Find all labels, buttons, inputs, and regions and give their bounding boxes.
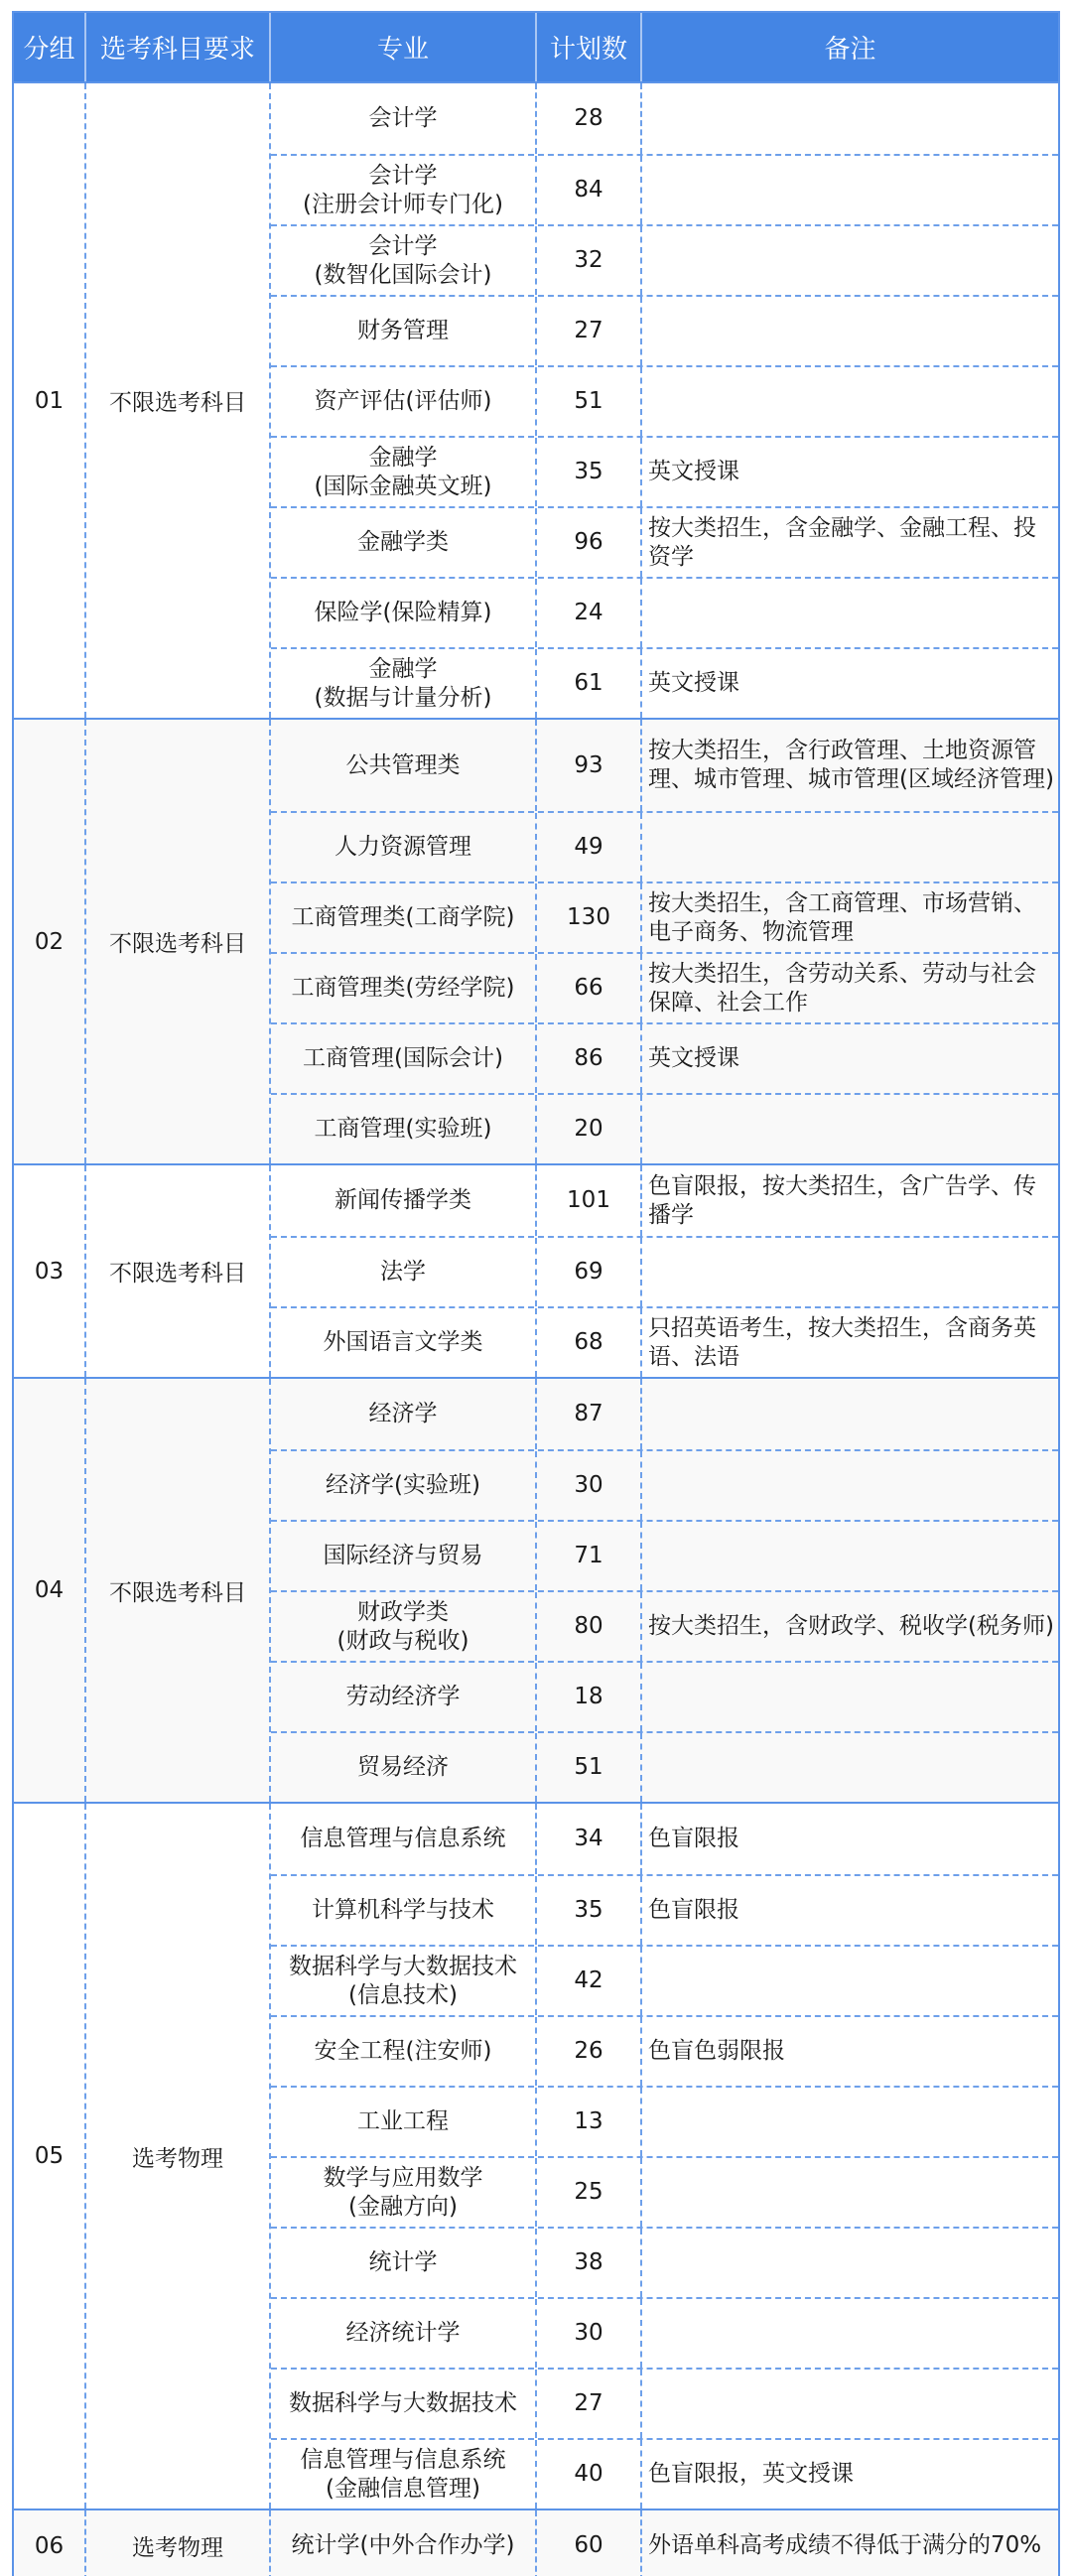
major-name: 会计学 <box>369 162 438 191</box>
note-cell: 英文授课 <box>642 649 1058 718</box>
plan-count: 42 <box>537 1947 642 2015</box>
plan-count: 66 <box>537 954 642 1022</box>
major-cell: 劳动经济学 <box>271 1663 537 1731</box>
plan-count: 24 <box>537 579 642 647</box>
table-row: 计算机科学与技术35色盲限报 <box>271 1874 1058 1945</box>
major-name: 信息管理与信息系统 <box>301 1825 506 1853</box>
major-name: 工商管理类(劳经学院) <box>292 974 515 1003</box>
table-row: 安全工程(注安师)26色盲色弱限报 <box>271 2015 1058 2086</box>
group-rows: 公共管理类93按大类招生，含行政管理、土地资源管理、城市管理、城市管理(区域经济… <box>271 720 1058 1163</box>
table-row: 会计学28 <box>271 83 1058 154</box>
plan-count: 68 <box>537 1308 642 1377</box>
table-row: 统计学38 <box>271 2227 1058 2297</box>
group-requirement: 不限选考科目 <box>86 83 271 718</box>
plan-count: 30 <box>537 1451 642 1520</box>
major-subtitle: (财政与税收) <box>337 1627 469 1656</box>
group-05: 05选考物理信息管理与信息系统34色盲限报计算机科学与技术35色盲限报数据科学与… <box>14 1802 1058 2508</box>
major-cell: 经济统计学 <box>271 2299 537 2368</box>
major-name: 经济统计学 <box>346 2319 461 2348</box>
major-name: 计算机科学与技术 <box>312 1896 494 1925</box>
group-rows: 信息管理与信息系统34色盲限报计算机科学与技术35色盲限报数据科学与大数据技术(… <box>271 1804 1058 2508</box>
table-row: 经济统计学30 <box>271 2297 1058 2368</box>
plan-count: 35 <box>537 1876 642 1945</box>
plan-count: 13 <box>537 2088 642 2156</box>
major-cell: 工业工程 <box>271 2088 537 2156</box>
table-body: 01不限选考科目会计学28会计学(注册会计师专门化)84会计学(数智化国际会计)… <box>14 81 1058 2576</box>
plan-count: 61 <box>537 649 642 718</box>
group-requirement: 不限选考科目 <box>86 720 271 1163</box>
major-cell: 工商管理(国际会计) <box>271 1024 537 1093</box>
major-name: 金融学 <box>369 655 438 684</box>
note-cell <box>642 1947 1058 2015</box>
note-cell <box>642 156 1058 224</box>
plan-count: 87 <box>537 1379 642 1449</box>
group-06: 06选考物理统计学(中外合作办学)60外语单科高考成绩不得低于满分的70% <box>14 2508 1058 2576</box>
note-cell <box>642 1733 1058 1802</box>
note-cell <box>642 226 1058 295</box>
major-name: 经济学(实验班) <box>326 1471 480 1500</box>
note-cell: 英文授课 <box>642 1024 1058 1093</box>
group-id: 05 <box>14 1804 86 2508</box>
major-name: 工商管理(国际会计) <box>303 1044 503 1073</box>
group-rows: 统计学(中外合作办学)60外语单科高考成绩不得低于满分的70% <box>271 2510 1058 2576</box>
plan-count: 25 <box>537 2158 642 2227</box>
major-cell: 国际经济与贸易 <box>271 1522 537 1590</box>
group-01: 01不限选考科目会计学28会计学(注册会计师专门化)84会计学(数智化国际会计)… <box>14 81 1058 718</box>
note-cell: 按大类招生，含财政学、税收学(税务师) <box>642 1592 1058 1661</box>
plan-count: 101 <box>537 1165 642 1236</box>
plan-count: 96 <box>537 508 642 577</box>
major-cell: 信息管理与信息系统(金融信息管理) <box>271 2440 537 2508</box>
table-row: 金融学(数据与计量分析)61英文授课 <box>271 647 1058 718</box>
table-row: 保险学(保险精算)24 <box>271 577 1058 647</box>
group-id: 03 <box>14 1165 86 1377</box>
major-subtitle: (注册会计师专门化) <box>303 191 503 219</box>
table-row: 经济学(实验班)30 <box>271 1449 1058 1520</box>
group-04: 04不限选考科目经济学87经济学(实验班)30国际经济与贸易71财政学类(财政与… <box>14 1377 1058 1802</box>
note-cell <box>642 2229 1058 2297</box>
plan-count: 32 <box>537 226 642 295</box>
note-cell <box>642 2299 1058 2368</box>
table-row: 数学与应用数学(金融方向)25 <box>271 2156 1058 2227</box>
major-cell: 公共管理类 <box>271 720 537 811</box>
group-id: 01 <box>14 83 86 718</box>
major-name: 国际经济与贸易 <box>324 1542 483 1570</box>
enrollment-plan-table: 分组 选考科目要求 专业 计划数 备注 01不限选考科目会计学28会计学(注册会… <box>12 11 1060 2576</box>
major-name: 新闻传播学类 <box>335 1186 471 1215</box>
note-cell <box>642 367 1058 436</box>
major-name: 会计学 <box>369 104 438 133</box>
major-name: 会计学 <box>369 232 438 261</box>
plan-count: 20 <box>537 1095 642 1163</box>
major-subtitle: (金融信息管理) <box>326 2475 480 2504</box>
table-row: 贸易经济51 <box>271 1731 1058 1802</box>
note-cell <box>642 2158 1058 2227</box>
table-row: 会计学(数智化国际会计)32 <box>271 224 1058 295</box>
note-cell: 按大类招生，含行政管理、土地资源管理、城市管理、城市管理(区域经济管理) <box>642 720 1058 811</box>
table-row: 统计学(中外合作办学)60外语单科高考成绩不得低于满分的70% <box>271 2510 1058 2576</box>
note-cell <box>642 579 1058 647</box>
major-name: 经济学 <box>369 1400 438 1428</box>
header-requirement: 选考科目要求 <box>86 13 271 81</box>
major-name: 财务管理 <box>357 317 449 345</box>
major-cell: 经济学 <box>271 1379 537 1449</box>
major-cell: 财务管理 <box>271 297 537 365</box>
major-name: 财政学类 <box>357 1598 449 1627</box>
major-cell: 计算机科学与技术 <box>271 1876 537 1945</box>
plan-count: 51 <box>537 1733 642 1802</box>
note-cell: 色盲限报 <box>642 1876 1058 1945</box>
table-row: 劳动经济学18 <box>271 1661 1058 1731</box>
header-group: 分组 <box>14 13 86 81</box>
note-cell: 色盲色弱限报 <box>642 2017 1058 2086</box>
plan-count: 38 <box>537 2229 642 2297</box>
note-cell <box>642 1095 1058 1163</box>
note-cell: 色盲限报，英文授课 <box>642 2440 1058 2508</box>
note-cell <box>642 1238 1058 1306</box>
major-name: 金融学类 <box>357 528 449 557</box>
plan-count: 18 <box>537 1663 642 1731</box>
table-row: 数据科学与大数据技术(信息技术)42 <box>271 1945 1058 2015</box>
table-row: 工商管理(实验班)20 <box>271 1093 1058 1163</box>
major-subtitle: (数智化国际会计) <box>315 261 492 290</box>
major-subtitle: (国际金融英文班) <box>315 473 492 501</box>
note-cell <box>642 83 1058 154</box>
table-row: 工业工程13 <box>271 2086 1058 2156</box>
major-subtitle: (金融方向) <box>348 2193 458 2222</box>
table-row: 经济学87 <box>271 1379 1058 1449</box>
plan-count: 30 <box>537 2299 642 2368</box>
table-row: 工商管理(国际会计)86英文授课 <box>271 1022 1058 1093</box>
note-cell: 按大类招生，含金融学、金融工程、投资学 <box>642 508 1058 577</box>
major-name: 外国语言文学类 <box>324 1328 483 1357</box>
major-cell: 数学与应用数学(金融方向) <box>271 2158 537 2227</box>
major-cell: 工商管理类(工商学院) <box>271 883 537 952</box>
major-name: 公共管理类 <box>346 751 461 780</box>
major-cell: 统计学 <box>271 2229 537 2297</box>
note-cell: 英文授课 <box>642 438 1058 506</box>
note-cell <box>642 1663 1058 1731</box>
table-row: 国际经济与贸易71 <box>271 1520 1058 1590</box>
table-row: 财务管理27 <box>271 295 1058 365</box>
note-cell <box>642 297 1058 365</box>
header-note: 备注 <box>642 13 1058 81</box>
group-rows: 新闻传播学类101色盲限报，按大类招生，含广告学、传播学法学69外国语言文学类6… <box>271 1165 1058 1377</box>
major-cell: 资产评估(评估师) <box>271 367 537 436</box>
note-cell: 只招英语考生，按大类招生，含商务英语、法语 <box>642 1308 1058 1377</box>
plan-count: 93 <box>537 720 642 811</box>
plan-count: 49 <box>537 813 642 881</box>
plan-count: 28 <box>537 83 642 154</box>
plan-count: 69 <box>537 1238 642 1306</box>
plan-count: 26 <box>537 2017 642 2086</box>
major-cell: 安全工程(注安师) <box>271 2017 537 2086</box>
major-name: 金融学 <box>369 444 438 473</box>
table-row: 财政学类(财政与税收)80按大类招生，含财政学、税收学(税务师) <box>271 1590 1058 1661</box>
major-name: 安全工程(注安师) <box>315 2037 492 2066</box>
major-cell: 财政学类(财政与税收) <box>271 1592 537 1661</box>
group-id: 06 <box>14 2510 86 2576</box>
major-name: 劳动经济学 <box>346 1683 461 1711</box>
major-name: 统计学 <box>369 2248 438 2277</box>
table-row: 资产评估(评估师)51 <box>271 365 1058 436</box>
major-name: 工业工程 <box>357 2107 449 2136</box>
major-cell: 金融学(数据与计量分析) <box>271 649 537 718</box>
major-cell: 贸易经济 <box>271 1733 537 1802</box>
major-name: 数据科学与大数据技术 <box>289 1953 517 1981</box>
note-cell <box>642 813 1058 881</box>
group-requirement: 选考物理 <box>86 2510 271 2576</box>
major-cell: 会计学(数智化国际会计) <box>271 226 537 295</box>
group-02: 02不限选考科目公共管理类93按大类招生，含行政管理、土地资源管理、城市管理、城… <box>14 718 1058 1163</box>
group-requirement: 选考物理 <box>86 1804 271 2508</box>
major-name: 数据科学与大数据技术 <box>289 2389 517 2418</box>
major-cell: 法学 <box>271 1238 537 1306</box>
major-name: 保险学(保险精算) <box>315 599 492 627</box>
plan-count: 84 <box>537 156 642 224</box>
plan-count: 60 <box>537 2510 642 2576</box>
group-03: 03不限选考科目新闻传播学类101色盲限报，按大类招生，含广告学、传播学法学69… <box>14 1163 1058 1377</box>
table-row: 新闻传播学类101色盲限报，按大类招生，含广告学、传播学 <box>271 1165 1058 1236</box>
group-requirement: 不限选考科目 <box>86 1379 271 1802</box>
table-row: 外国语言文学类68只招英语考生，按大类招生，含商务英语、法语 <box>271 1306 1058 1377</box>
major-name: 工商管理类(工商学院) <box>292 903 515 932</box>
table-row: 工商管理类(工商学院)130按大类招生，含工商管理、市场营销、电子商务、物流管理 <box>271 881 1058 952</box>
plan-count: 130 <box>537 883 642 952</box>
header-major: 专业 <box>271 13 537 81</box>
major-subtitle: (信息技术) <box>348 1981 458 2010</box>
table-row: 会计学(注册会计师专门化)84 <box>271 154 1058 224</box>
table-row: 信息管理与信息系统34色盲限报 <box>271 1804 1058 1874</box>
major-cell: 金融学(国际金融英文班) <box>271 438 537 506</box>
plan-count: 71 <box>537 1522 642 1590</box>
header-plan: 计划数 <box>537 13 642 81</box>
table-row: 法学69 <box>271 1236 1058 1306</box>
major-subtitle: (数据与计量分析) <box>315 684 492 713</box>
major-cell: 工商管理类(劳经学院) <box>271 954 537 1022</box>
major-cell: 信息管理与信息系统 <box>271 1804 537 1874</box>
major-name: 法学 <box>380 1258 426 1287</box>
plan-count: 51 <box>537 367 642 436</box>
plan-count: 80 <box>537 1592 642 1661</box>
major-cell: 人力资源管理 <box>271 813 537 881</box>
note-cell: 色盲限报，按大类招生，含广告学、传播学 <box>642 1165 1058 1236</box>
table-row: 金融学(国际金融英文班)35英文授课 <box>271 436 1058 506</box>
major-cell: 工商管理(实验班) <box>271 1095 537 1163</box>
note-cell <box>642 1522 1058 1590</box>
note-cell <box>642 1379 1058 1449</box>
table-row: 公共管理类93按大类招生，含行政管理、土地资源管理、城市管理、城市管理(区域经济… <box>271 720 1058 811</box>
note-cell: 按大类招生，含工商管理、市场营销、电子商务、物流管理 <box>642 883 1058 952</box>
major-name: 贸易经济 <box>357 1753 449 1782</box>
major-name: 统计学(中外合作办学) <box>292 2531 515 2560</box>
major-name: 数学与应用数学 <box>324 2164 483 2193</box>
note-cell: 按大类招生，含劳动关系、劳动与社会保障、社会工作 <box>642 954 1058 1022</box>
group-id: 04 <box>14 1379 86 1802</box>
major-cell: 数据科学与大数据技术(信息技术) <box>271 1947 537 2015</box>
plan-count: 40 <box>537 2440 642 2508</box>
table-row: 信息管理与信息系统(金融信息管理)40色盲限报，英文授课 <box>271 2438 1058 2508</box>
note-cell: 色盲限报 <box>642 1804 1058 1874</box>
major-cell: 统计学(中外合作办学) <box>271 2510 537 2576</box>
group-rows: 会计学28会计学(注册会计师专门化)84会计学(数智化国际会计)32财务管理27… <box>271 83 1058 718</box>
major-cell: 会计学 <box>271 83 537 154</box>
plan-count: 27 <box>537 2370 642 2438</box>
major-cell: 外国语言文学类 <box>271 1308 537 1377</box>
group-id: 02 <box>14 720 86 1163</box>
major-cell: 经济学(实验班) <box>271 1451 537 1520</box>
major-cell: 数据科学与大数据技术 <box>271 2370 537 2438</box>
major-cell: 会计学(注册会计师专门化) <box>271 156 537 224</box>
note-cell <box>642 1451 1058 1520</box>
plan-count: 34 <box>537 1804 642 1874</box>
table-row: 数据科学与大数据技术27 <box>271 2368 1058 2438</box>
plan-count: 86 <box>537 1024 642 1093</box>
table-header: 分组 选考科目要求 专业 计划数 备注 <box>14 13 1058 81</box>
major-cell: 保险学(保险精算) <box>271 579 537 647</box>
table-row: 人力资源管理49 <box>271 811 1058 881</box>
table-row: 工商管理类(劳经学院)66按大类招生，含劳动关系、劳动与社会保障、社会工作 <box>271 952 1058 1022</box>
major-name: 工商管理(实验班) <box>315 1115 492 1144</box>
note-cell: 外语单科高考成绩不得低于满分的70% <box>642 2510 1058 2576</box>
major-cell: 金融学类 <box>271 508 537 577</box>
major-cell: 新闻传播学类 <box>271 1165 537 1236</box>
major-name: 人力资源管理 <box>335 833 471 862</box>
major-name: 资产评估(评估师) <box>315 387 492 416</box>
major-name: 信息管理与信息系统 <box>301 2446 506 2475</box>
group-rows: 经济学87经济学(实验班)30国际经济与贸易71财政学类(财政与税收)80按大类… <box>271 1379 1058 1802</box>
note-cell <box>642 2088 1058 2156</box>
table-row: 金融学类96按大类招生，含金融学、金融工程、投资学 <box>271 506 1058 577</box>
group-requirement: 不限选考科目 <box>86 1165 271 1377</box>
note-cell <box>642 2370 1058 2438</box>
plan-count: 27 <box>537 297 642 365</box>
plan-count: 35 <box>537 438 642 506</box>
